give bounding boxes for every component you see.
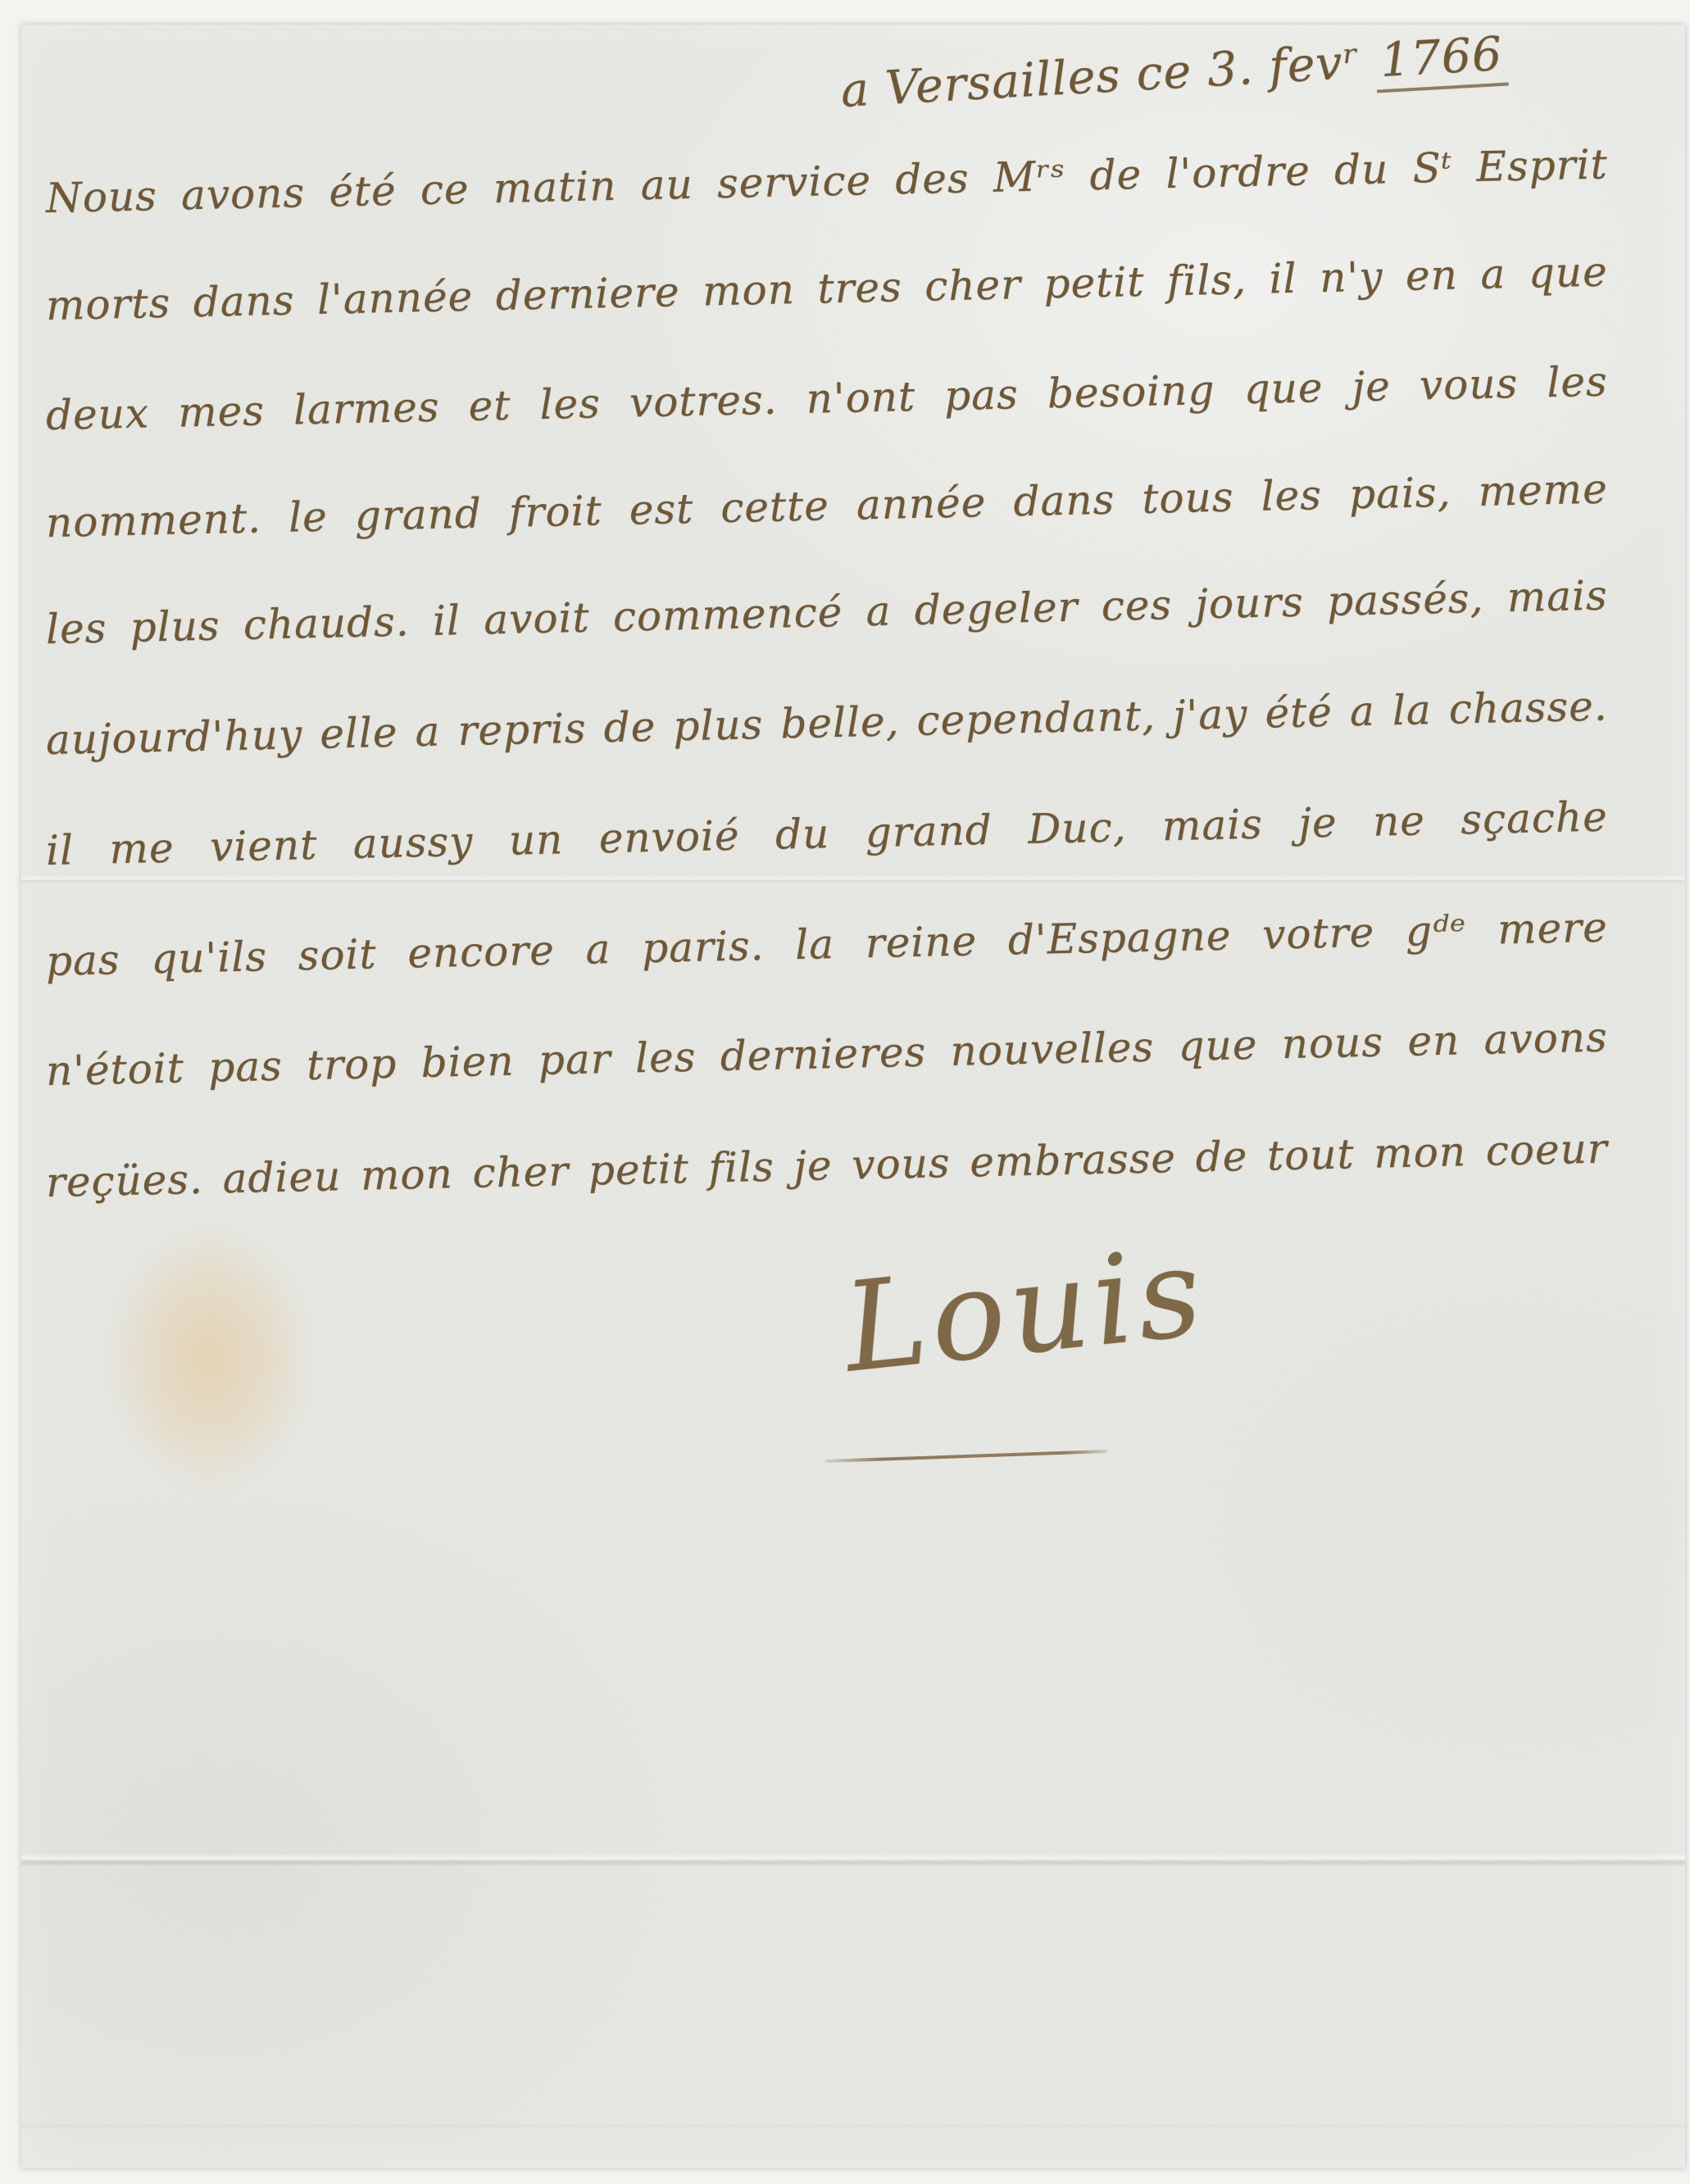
- letter-line: deux mes larmes et les votres. n'ont pas…: [45, 361, 1608, 436]
- letter-line: n'étoit pas trop bien par les dernieres …: [45, 1016, 1608, 1092]
- dateline-year: 1766: [1374, 27, 1509, 93]
- signature: Louis: [838, 1220, 1212, 1400]
- fold-crease-bottom: [21, 2123, 1685, 2129]
- letter-line: Nous avons été ce matin au service des M…: [45, 143, 1608, 219]
- fold-crease-lower: [21, 1854, 1685, 1867]
- letter-line: il me vient aussy un envoié du grand Duc…: [45, 796, 1608, 871]
- seal-stain-mark: [99, 1217, 320, 1500]
- letter-line: reçües. adieu mon cher petit fils je vou…: [45, 1128, 1608, 1203]
- letter-line: aujourd'huy elle a repris de plus belle,…: [45, 685, 1608, 761]
- signature-flourish-underline: [825, 1450, 1107, 1463]
- dateline-place-date: a Versailles ce 3. fevʳ: [839, 35, 1361, 118]
- scanned-letter: a Versailles ce 3. fevʳ 1766 Nous avons …: [0, 0, 1690, 2184]
- letter-line: morts dans l'année derniere mon tres che…: [45, 251, 1608, 326]
- letter-line: nomment. le grand froit est cette année …: [45, 468, 1608, 543]
- letter-paper: a Versailles ce 3. fevʳ 1766 Nous avons …: [21, 25, 1685, 2168]
- letter-line: les plus chauds. il avoit commencé a deg…: [45, 574, 1608, 650]
- fold-crease-middle: [21, 875, 1685, 883]
- dateline: a Versailles ce 3. fevʳ 1766: [839, 24, 1562, 118]
- letter-line: pas qu'ils soit encore a paris. la reine…: [45, 906, 1608, 982]
